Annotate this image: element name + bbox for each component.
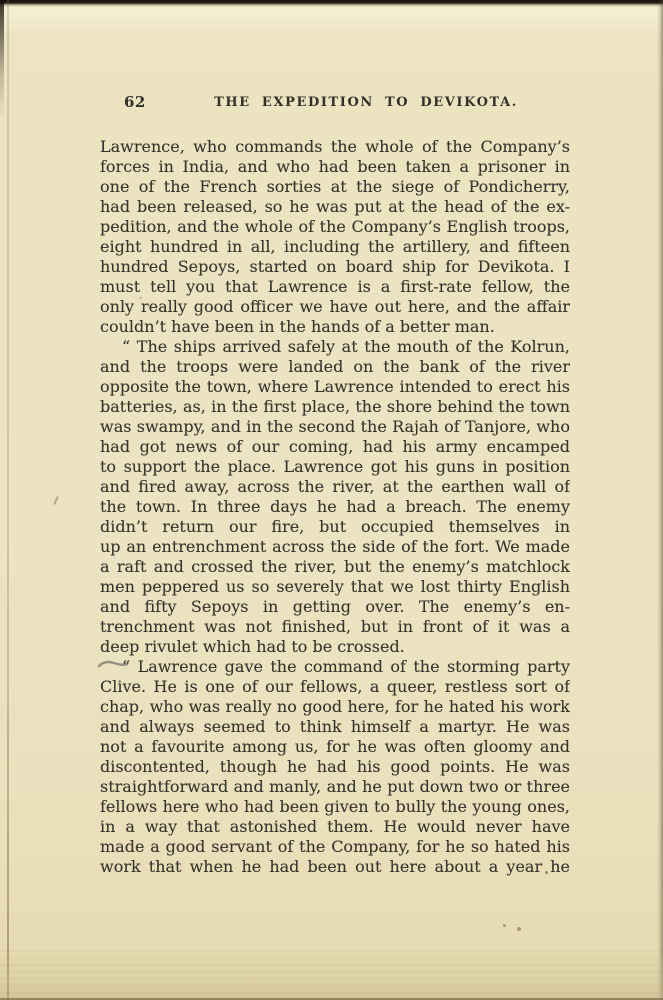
text-line: “ Lawrence gave the command of the storm… [100, 657, 570, 677]
text-line: batteries, as, in the first place, the s… [100, 397, 570, 417]
page-bottom-shade-band [0, 950, 663, 1000]
text-line: men peppered us so severely that we lost… [100, 577, 570, 597]
text-line: a raft and crossed the river, but the en… [100, 557, 570, 577]
text-line: must tell you that Lawrence is a first-r… [100, 277, 570, 297]
text-line: had got news of our coming, had his army… [100, 437, 570, 457]
paper-speck [545, 871, 548, 874]
text-line: one of the French sorties at the siege o… [100, 177, 570, 197]
page-left-edge-shadow [0, 0, 4, 120]
text-line: hundred Sepoys, started on board ship fo… [100, 257, 570, 277]
text-line: opposite the town, where Lawrence intend… [100, 377, 570, 397]
text-line: deep rivulet which had to be crossed. [100, 637, 570, 657]
margin-stray-mark [53, 496, 59, 505]
text-line: and fifty Sepoys in getting over. The en… [100, 597, 570, 617]
paper-speck [503, 924, 506, 927]
text-line: Clive. He is one of our fellows, a queer… [100, 677, 570, 697]
text-line: only really good officer we have out her… [100, 297, 570, 317]
text-line: and fired away, across the river, at the… [100, 477, 570, 497]
text-line: up an entrenchment across the side of th… [100, 537, 570, 557]
paragraph: Lawrence, who commands the whole of the … [100, 137, 570, 337]
page-fold-line [7, 0, 9, 1000]
paper-speck [139, 297, 142, 299]
paper-speck [517, 927, 521, 931]
paragraph: “ Lawrence gave the command of the storm… [100, 657, 570, 877]
text-line: made a good servant of the Company, for … [100, 837, 570, 857]
page-top-edge-shadow [0, 0, 663, 7]
text-line: pedition, and the whole of the Company’s… [100, 217, 570, 237]
page-right-edge-shadow [657, 0, 663, 1000]
text-line: and always seemed to think himself a mar… [100, 717, 570, 737]
text-line: fellows here who had been given to bully… [100, 797, 570, 817]
text-line: not a favourite among us, for he was oft… [100, 737, 570, 757]
text-line: didn’t return our fire, but occupied the… [100, 517, 570, 537]
text-line: couldn’t have been in the hands of a bet… [100, 317, 570, 337]
text-line: Lawrence, who commands the whole of the … [100, 137, 570, 157]
text-line: chap, who was really no good here, for h… [100, 697, 570, 717]
running-title: THE EXPEDITION TO DEVIKOTA. [100, 95, 570, 110]
text-line: had been released, so he was put at the … [100, 197, 570, 217]
text-line: work that when he had been out here abou… [100, 857, 570, 877]
paragraph: “ The ships arrived safely at the mouth … [100, 337, 570, 657]
text-line: forces in India, and who had been taken … [100, 157, 570, 177]
page-header: 62 THE EXPEDITION TO DEVIKOTA. [100, 93, 570, 115]
text-line: to support the place. Lawrence got his g… [100, 457, 570, 477]
text-line: straightforward and manly, and he put do… [100, 777, 570, 797]
text-line: eight hundred in all, including the arti… [100, 237, 570, 257]
text-line: in a way that astonished them. He would … [100, 817, 570, 837]
page-top-light-band [0, 7, 663, 33]
text-line: the town. In three days he had a breach.… [100, 497, 570, 517]
text-line: discontented, though he had his good poi… [100, 757, 570, 777]
text-line: and the troops were landed on the bank o… [100, 357, 570, 377]
text-line: trenchment was not finished, but in fron… [100, 617, 570, 637]
text-line: “ The ships arrived safely at the mouth … [100, 337, 570, 357]
book-page-scan: 62 THE EXPEDITION TO DEVIKOTA. Lawrence,… [0, 0, 663, 1000]
text-body: Lawrence, who commands the whole of the … [100, 137, 570, 877]
text-line: was swampy, and in the second the Rajah … [100, 417, 570, 437]
